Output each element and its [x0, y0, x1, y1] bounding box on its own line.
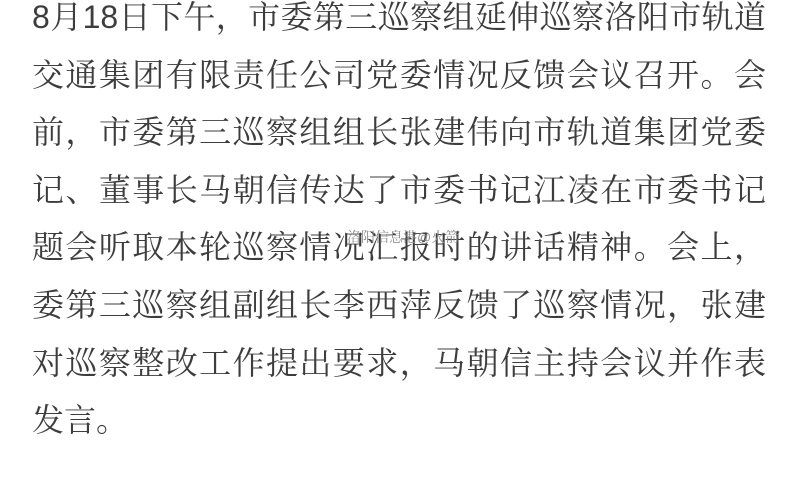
text-line: 记、董事长马朝信传达了市委书记江凌在市委书记专 — [32, 162, 766, 220]
watermark: 洛阳信息港@火箭 — [347, 228, 459, 246]
article-body: 8月18日下午，市委第三巡察组延伸巡察洛阳市轨道 交通集团有限责任公司党委情况反… — [32, 0, 766, 450]
text-line: 前，市委第三巡察组组长张建伟向市轨道集团党委书 — [32, 104, 766, 162]
text-line: 8月18日下午，市委第三巡察组延伸巡察洛阳市轨道 — [32, 0, 766, 47]
text-line: 委第三巡察组副组长李西萍反馈了巡察情况，张建伟 — [32, 277, 766, 335]
text-line: 交通集团有限责任公司党委情况反馈会议召开。会 — [32, 47, 766, 105]
text-line: 发言。 — [32, 392, 766, 450]
text-line: 对巡察整改工作提出要求，马朝信主持会议并作表态 — [32, 335, 766, 393]
